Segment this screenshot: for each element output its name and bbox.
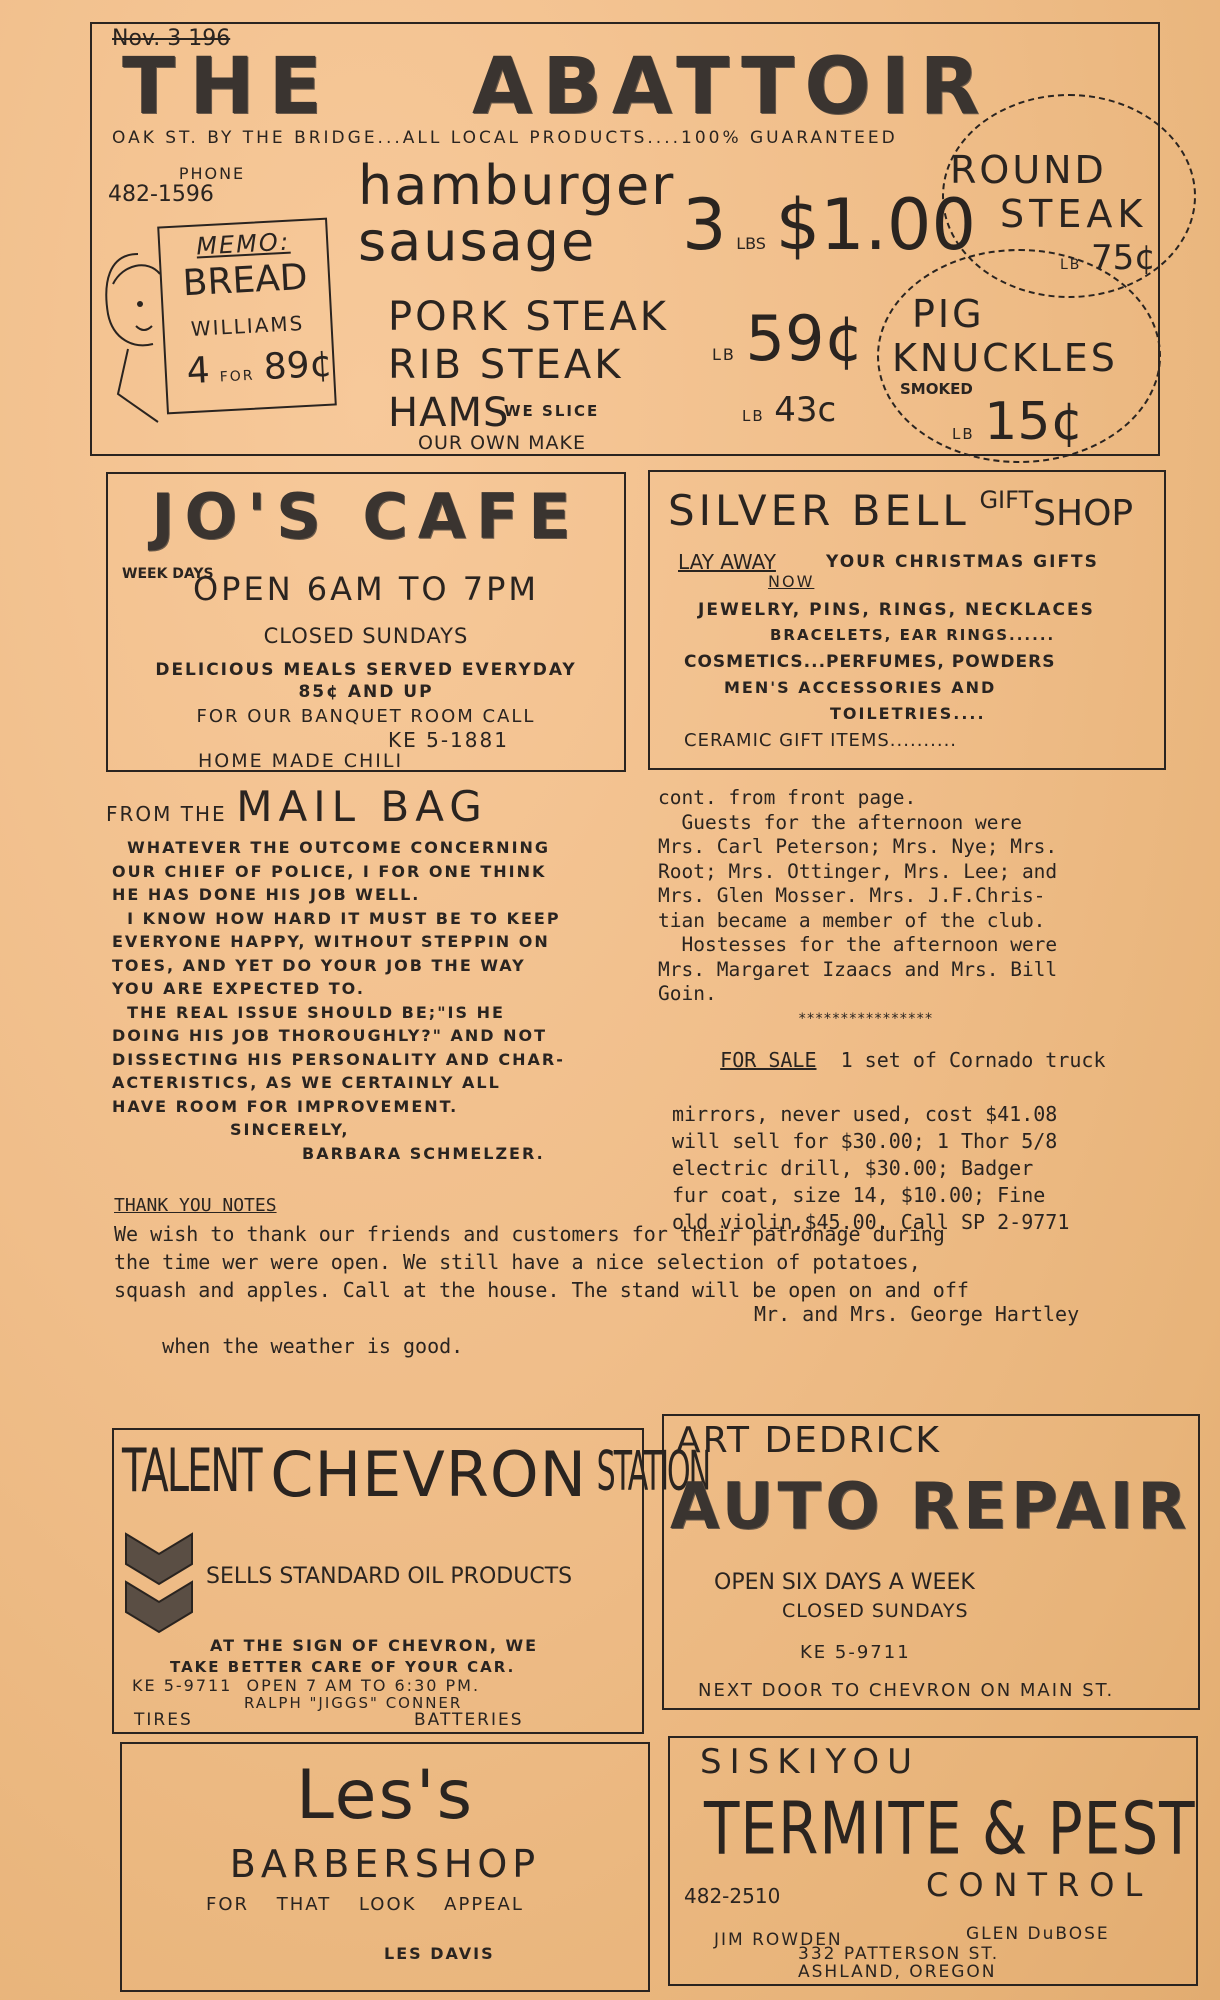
silver-bell-ad: SILVER BELL GIFTSHOP LAY AWAY YOUR CHRIS… [648, 470, 1166, 770]
jos-cafe-title: JO'S CAFE [108, 480, 624, 553]
termite-address-2: ASHLAND, OREGON [798, 1962, 997, 1982]
for-sale-line: electric drill, $30.00; Badger [672, 1155, 1212, 1182]
letter-closing: SINCERELY, [112, 1118, 652, 1142]
chevron-name: CHEVRON [270, 1438, 587, 1511]
club-news-line: Goin. [658, 982, 1208, 1007]
for-sale-first-line: FOR SALE 1 set of Cornado truck [672, 1020, 1212, 1101]
auto-repair-ad: ART DEDRICK AUTO REPAIR OPEN SIX DAYS A … [662, 1414, 1200, 1710]
club-news-line: Mrs. Glen Mosser. Mrs. J.F.Chris- [658, 884, 1208, 909]
termite-siskiyou: SISKIYOU [700, 1742, 920, 1782]
for-sale-heading: FOR SALE [720, 1048, 816, 1072]
steak-unit: LB [712, 345, 736, 364]
thank-you-heading: THANK YOU NOTES [114, 1192, 1214, 1220]
hams-label: HAMS [388, 390, 509, 436]
club-news-line: Mrs. Margaret Izaacs and Mrs. Bill [658, 958, 1208, 983]
letter-signature: BARBARA SCHMELZER. [112, 1142, 652, 1166]
for-sale-line: 1 set of Cornado truck [841, 1048, 1106, 1072]
chevron-ad: TALENT CHEVRON STATION SELLS STANDARD OI… [112, 1428, 644, 1734]
thank-you-line: We wish to thank our friends and custome… [114, 1220, 1214, 1248]
silver-bell-line-5: TOILETRIES.... [830, 704, 986, 723]
pig-knuckles-line1: PIG [912, 292, 985, 336]
club-news-line: Root; Mrs. Ottinger, Mrs. Lee; and [658, 860, 1208, 885]
letter-line: DOING HIS JOB THOROUGHLY?" AND NOT [112, 1024, 652, 1048]
sausage-label: sausage [358, 210, 596, 273]
termite-control: CONTROL [926, 1866, 1152, 1904]
jos-phone: KE 5-1881 [388, 728, 509, 752]
silver-bell-title: SILVER BELL [668, 486, 970, 535]
auto-repair-phone: KE 5-9711 [800, 1642, 911, 1663]
club-news-line: tian became a member of the club. [658, 909, 1208, 934]
mail-bag-heading: FROM THE MAIL BAG [106, 782, 488, 831]
letter-line: THE REAL ISSUE SHOULD BE;"IS HE [112, 1001, 652, 1025]
memo-item: BREAD [161, 256, 329, 306]
mail-bag-prefix: FROM THE [106, 802, 227, 826]
layaway-rest: YOUR CHRISTMAS GIFTS [826, 552, 1099, 572]
letter-line: WHATEVER THE OUTCOME CONCERNING [112, 836, 652, 860]
chevron-phone-hours: KE 5-9711 OPEN 7 AM TO 6:30 PM. [132, 1676, 480, 1695]
thank-you-line: when the weather is good. [162, 1334, 463, 1358]
abattoir-title-name: ABATTOIR [472, 42, 990, 132]
termite-ad: SISKIYOU TERMITE & PEST CONTROL 482-2510… [668, 1736, 1198, 1986]
letter-line: ACTERISTICS, AS WE CERTAINLY ALL [112, 1071, 652, 1095]
barbershop-title: BARBERSHOP [122, 1842, 648, 1886]
chevron-sells: SELLS STANDARD OIL PRODUCTS [206, 1564, 572, 1589]
memo-price-value: 89¢ [263, 344, 334, 389]
phone-number: 482-1596 [108, 182, 214, 207]
jos-cafe-ad: JO'S CAFE WEEK DAYS OPEN 6AM TO 7PM CLOS… [106, 472, 626, 772]
barbershop-name: Les's [122, 1756, 648, 1835]
thank-you-signature: Mr. and Mrs. George Hartley [754, 1300, 1079, 1328]
hamburger-label: hamburger [358, 154, 675, 217]
we-slice-label: WE SLICE [504, 402, 599, 420]
letter-line: I KNOW HOW HARD IT MUST BE TO KEEP [112, 907, 652, 931]
memo-for: FOR [219, 368, 255, 386]
chevron-title-row: TALENT CHEVRON STATION [122, 1438, 709, 1511]
layaway-now: NOW [768, 572, 814, 591]
mail-bag-letter: WHATEVER THE OUTCOME CONCERNING OUR CHIE… [112, 836, 652, 1165]
steak-price: LB 59¢ [712, 302, 864, 375]
pork-steak-label: PORK STEAK [388, 294, 669, 340]
round-steak-line1: ROUND [950, 148, 1107, 192]
barbershop-ad: Les's BARBERSHOP FOR THAT LOOK APPEAL LE… [120, 1742, 650, 1992]
termite-address-1: 332 PATTERSON ST. [798, 1944, 999, 1964]
mail-bag-title: MAIL BAG [236, 782, 487, 831]
ground-unit: LBS [736, 234, 766, 253]
silver-bell-shop: SHOP [1033, 493, 1133, 534]
jos-chili: HOME MADE CHILI [198, 750, 403, 772]
memo-price: 4 FOR 89¢ [186, 344, 334, 393]
silver-bell-line-2: BRACELETS, EAR RINGS...... [770, 626, 1055, 644]
letter-line: OUR CHIEF OF POLICE, I FOR ONE THINK [112, 860, 652, 884]
thank-you-line: the time wer were open. We still have a … [114, 1248, 1214, 1276]
pig-unit: LB [952, 425, 975, 443]
memo-brand: WILLIAMS [164, 310, 331, 343]
thank-you-last-line: when the weather is good. Mr. and Mrs. G… [114, 1304, 1214, 1416]
letter-line: HE HAS DONE HIS JOB WELL. [112, 883, 652, 907]
termite-partner-2: GLEN DuBOSE [966, 1924, 1110, 1944]
rib-steak-label: RIB STEAK [388, 342, 623, 388]
hams-price-value: 43c [774, 390, 836, 430]
jos-closed: CLOSED SUNDAYS [108, 624, 624, 648]
club-news: cont. from front page. Guests for the af… [658, 786, 1208, 1031]
barbershop-owner: LES DAVIS [384, 1944, 495, 1963]
auto-repair-owner: ART DEDRICK [676, 1420, 941, 1461]
termite-phone: 482-2510 [684, 1884, 780, 1908]
abattoir-ad: Nov. 3 196 THE ABATTOIR OAK ST. BY THE B… [90, 22, 1160, 456]
pig-knuckles-price: LB 15¢ [952, 392, 1084, 452]
hams-price: LB 43c [742, 390, 836, 430]
letter-line: HAVE ROOM FOR IMPROVEMENT. [112, 1095, 652, 1119]
jos-price: 85¢ AND UP [108, 682, 624, 702]
letter-line: YOU ARE EXPECTED TO. [112, 977, 652, 1001]
for-sale-line: mirrors, never used, cost $41.08 [672, 1101, 1212, 1128]
chevron-talent: TALENT [122, 1437, 261, 1506]
club-news-line: Guests for the afternoon were [658, 811, 1208, 836]
auto-repair-closed: CLOSED SUNDAYS [782, 1600, 969, 1622]
letter-line: EVERYONE HAPPY, WITHOUT STEPPIN ON [112, 930, 652, 954]
memo-board: MEMO: BREAD WILLIAMS 4 FOR 89¢ [157, 218, 337, 415]
silver-bell-line-4: MEN'S ACCESSORIES AND [724, 678, 996, 697]
thank-you-notes: THANK YOU NOTES We wish to thank our fri… [114, 1192, 1214, 1416]
abattoir-tagline: OAK ST. BY THE BRIDGE...ALL LOCAL PRODUC… [112, 128, 898, 148]
ground-price: 3 LBS $1.00 [682, 184, 976, 266]
memo-qty: 4 [186, 350, 211, 392]
pig-price-value: 15¢ [984, 392, 1083, 452]
abattoir-title-the: THE [122, 42, 336, 132]
jos-meals: DELICIOUS MEALS SERVED EVERYDAY [108, 660, 624, 680]
pig-knuckles-line2: KNUCKLES [892, 336, 1118, 380]
auto-repair-open: OPEN SIX DAYS A WEEK [714, 1570, 975, 1595]
chevron-tires: TIRES [134, 1710, 193, 1730]
layaway-label: LAY AWAY [678, 550, 776, 574]
termite-title: TERMITE & PEST [704, 1786, 1196, 1871]
memo-woman-illustration [98, 244, 168, 424]
silver-bell-gift: GIFT [979, 486, 1033, 514]
chevron-logo-icon [124, 1530, 194, 1644]
club-news-line: Mrs. Carl Peterson; Mrs. Nye; Mrs. [658, 835, 1208, 860]
chevron-batteries: BATTERIES [414, 1710, 524, 1730]
letter-line: TOES, AND YET DO YOUR JOB THE WAY [112, 954, 652, 978]
hams-unit: LB [742, 407, 765, 425]
chevron-sign-1: AT THE SIGN OF CHEVRON, WE [210, 1636, 538, 1655]
club-news-line: cont. from front page. [658, 786, 1208, 811]
ground-qty: 3 [682, 184, 727, 266]
silver-bell-line-1: JEWELRY, PINS, RINGS, NECKLACES [698, 600, 1095, 620]
our-own-make-label: OUR OWN MAKE [418, 432, 586, 454]
letter-line: DISSECTING HIS PERSONALITY AND CHAR- [112, 1048, 652, 1072]
silver-bell-line-3: COSMETICS...PERFUMES, POWDERS [684, 652, 1055, 672]
auto-repair-location: NEXT DOOR TO CHEVRON ON MAIN ST. [698, 1680, 1114, 1701]
for-sale-line: will sell for $30.00; 1 Thor 5/8 [672, 1128, 1212, 1155]
chevron-sign-2: TAKE BETTER CARE OF YOUR CAR. [170, 1658, 515, 1676]
silver-bell-title-row: SILVER BELL GIFTSHOP [668, 486, 1133, 535]
auto-repair-title: AUTO REPAIR [670, 1470, 1191, 1544]
steak-price-value: 59¢ [746, 302, 864, 375]
phone-label: PHONE [152, 164, 272, 183]
club-news-line: Hostesses for the afternoon were [658, 933, 1208, 958]
jos-hours: OPEN 6AM TO 7PM [108, 570, 624, 608]
round-steak-line2: STEAK [1000, 192, 1147, 236]
barbershop-slogan: FOR THAT LOOK APPEAL [206, 1894, 524, 1915]
silver-bell-line-6: CERAMIC GIFT ITEMS.......... [684, 730, 957, 751]
jos-banquet: FOR OUR BANQUET ROOM CALL [108, 706, 624, 727]
